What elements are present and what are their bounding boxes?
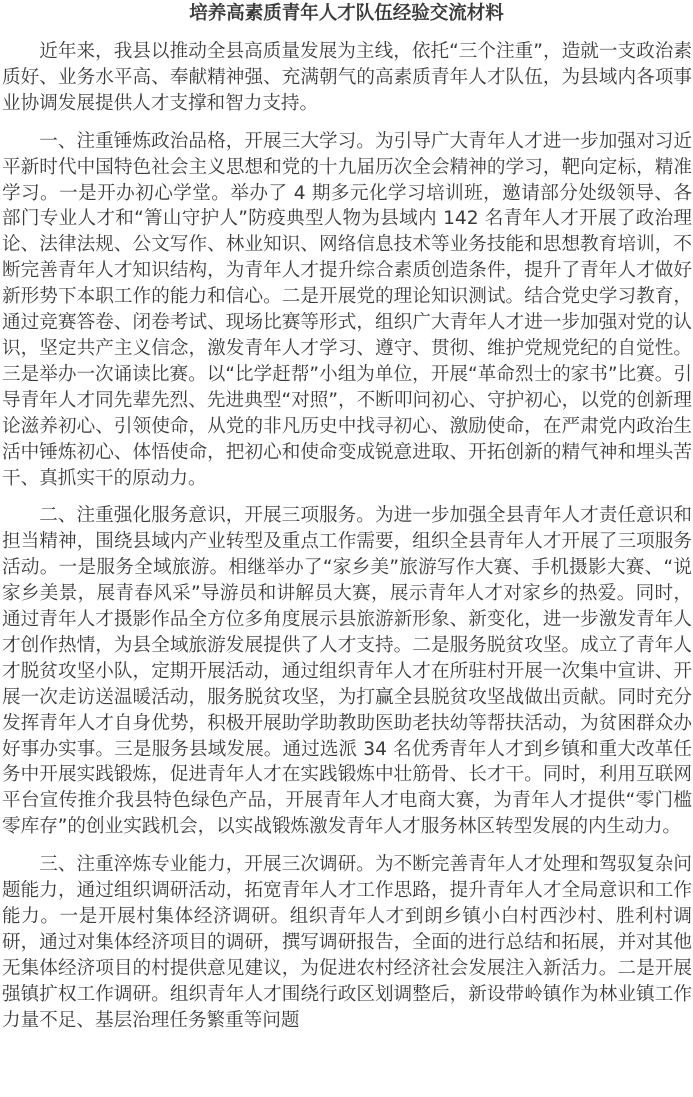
paragraph-section-2: 二、注重强化服务意识，开展三项服务。为进一步加强全县青年人才责任意识和担当精神，… [0, 503, 693, 840]
document-title: 培养高素质青年人才队伍经验交流材料 [0, 0, 693, 28]
document: 培养高素质青年人才队伍经验交流材料 近年来，我县以推动全县高质量发展为主线，依托… [0, 0, 693, 1034]
paragraph-section-3: 三、注重淬炼专业能力，开展三次调研。为不断完善青年人才处理和驾驭复杂问题能力，通… [0, 852, 693, 1033]
paragraph-section-1: 一、注重锤炼政治品格，开展三大学习。为引导广大青年人才进一步加强对习近平新时代中… [0, 129, 693, 492]
paragraph-intro: 近年来，我县以推动全县高质量发展为主线，依托“三个注重”，造就一支政治素质好、业… [0, 39, 693, 117]
